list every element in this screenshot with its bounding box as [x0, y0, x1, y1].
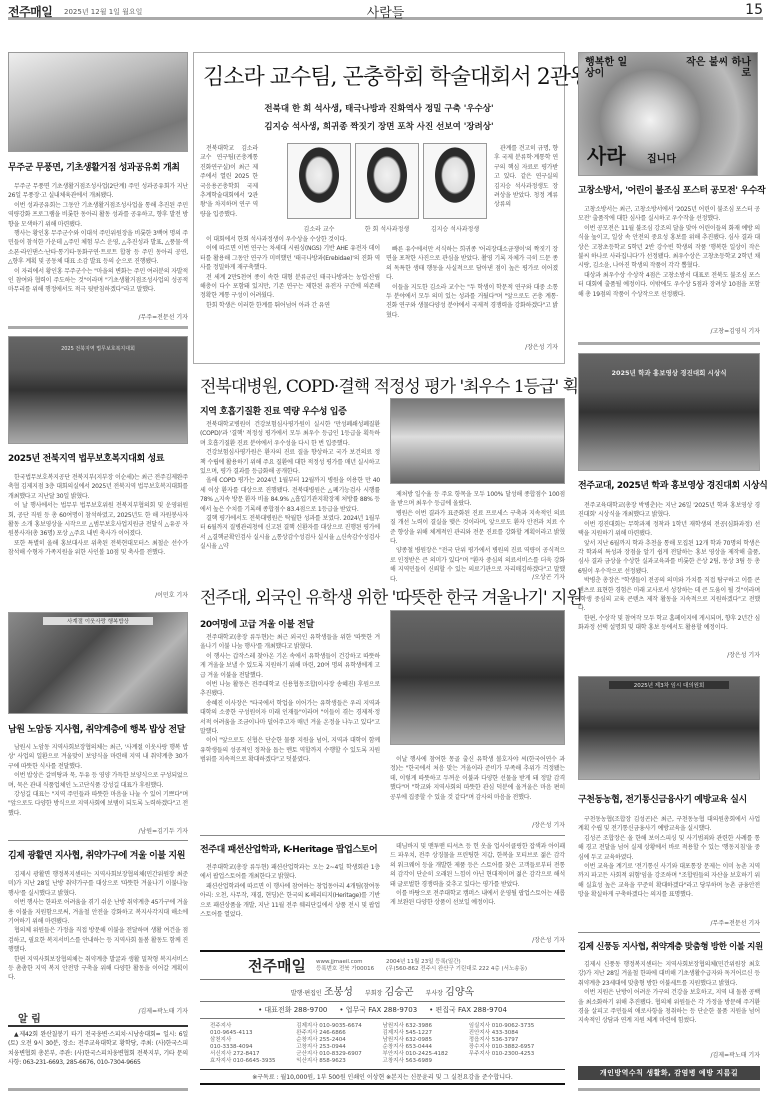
headline-mupung: 무주군 무풍면, 기초생활거점 성과공유회 개최 [8, 160, 180, 173]
article-body-winter-col2: 이날 행사에 참여한 몽골 출신 유학생 볼호자야 씨(한국어연수 과정)는 "… [390, 755, 565, 802]
page-number: 15 [745, 2, 763, 18]
portrait-caption: 한 회 석사과정생 [355, 224, 419, 233]
headline-law-welfare: 2025년 전북지역 법무보호복지대회 성료 [8, 451, 164, 464]
photo-law-welfare-convention: 2025 전북지역 법무보호복지대회 [8, 336, 188, 444]
headline-insect-award: 김소라 교수팀, 곤충학회 학술대회서 2관왕 [203, 60, 590, 91]
headline-winter: 전주대, 외국인 유학생 위한 '따뜻한 한국 겨울나기' 지원 [200, 583, 582, 608]
byline: /무주=전문선 기자 [578, 918, 760, 927]
imprint-phones: • 대표전화 288-9700 • 업무국 FAX 288-9703 • 편집국… [200, 1002, 565, 1019]
article-body-fashion-col1: 전주대학교(총장 류두현) 패션산업학과는 오는 2~4일 학생회관 1층에서 … [200, 863, 380, 919]
article-body-sinpung: 김제시 신풍동 행정복지센터는 지역사회보장협의체(민간위원장 최호강)가 지난… [578, 960, 760, 1026]
headline-fashion: 전주대 패션산업학과, K-Heritage 팝업스토어 [200, 842, 377, 855]
headline-hospital: 전북대병원, COPD·결핵 적정성 평가 '최우수 1등급' 획득 [200, 372, 593, 397]
headline-namwon: 남원 노암동 지사협, 취약계층에 행복 밥상 전달 [8, 722, 185, 735]
byline: /장은성 기자 [578, 650, 760, 659]
photo-hospital-building [390, 398, 565, 484]
article-body-gochang-fire: 고창소방서는 최근, 고창소방서에서 '2025년 어린이 불조심 포스터 공모… [578, 205, 760, 299]
divider [578, 1088, 760, 1091]
imprint-url[interactable]: www.jjmaeil.com [316, 959, 376, 966]
article-body-winter-col1: 전주대학교(총장 류두현)는 최근 외국인 유학생들을 위한 '따뜻한 겨울나기… [200, 633, 380, 765]
article-body-insect-col2: 빠른 유수에서만 서식하는 희귀종 '어리장대소금쟁이'의 짝짓기 장면을 포착… [386, 245, 558, 320]
article-body-gucheondong: 구천동농협(조합장 김성곤)은 최근, 구천동농협 대의원총회에서 사업계획 수… [578, 815, 760, 900]
byline: /오상곤 기자 [390, 572, 565, 581]
headline-sinpung: 김제 신풍동 지사협, 취약계층 맞춤형 방한 이불 지원 [578, 940, 763, 952]
byline: /무주=전문선 기자 [8, 312, 188, 321]
article-body-hospital-col2: 제처방 일수율 등 주요 항목을 모두 100% 달성해 종합점수 100점을 … [390, 490, 565, 584]
divider [578, 342, 760, 345]
subhead-hospital: 지역 호흡기질환 진료 역량 우수성 입증 [200, 404, 346, 417]
article-body-gwanghwal: 김제시 광활면 행정복지센터는 지역사회보장협의체(민간위원장 최준미)가 지난… [8, 870, 188, 983]
headline-gwanghwal: 김제 광활면 지사협, 취약가구에 겨울 이불 지원 [8, 848, 185, 861]
article-body-namwon: 남원시 노암동 지역사회보장협의체는 최근, '사계절 이웃사랑 행복 밥상' … [8, 743, 188, 818]
byline: /남원=김기두 기자 [8, 826, 188, 835]
subhead-1: 전북대 한 회 석사생, 태극나방과 진화역사 정밀 구축 '우수상' [193, 102, 565, 114]
photo-jeonju-edu-award: 2025년 학과 홍보영상 경진대회 시상식 [578, 353, 760, 471]
article-body-insect-right: 관계를 견고히 규명, 향후 국제 분류학·계통학 연구의 핵심 자료로 평가받… [494, 144, 558, 210]
imprint-address: (우)560-862 전주시 완산구 기린대로 222 4층 (서노송동) [386, 966, 527, 973]
subhead-winter: 20여명에 고급 겨울 이불 전달 [200, 617, 314, 630]
subhead-2: 김지승 석사생, 희귀종 짝짓기 장면 포착 사진 선보여 '장려상' [193, 120, 565, 132]
photo-gucheondong-meeting: 2025년 제3차 임시 대의원회 [578, 676, 760, 780]
byline: /이민호 기자 [8, 590, 188, 599]
article-body-fashion-col2: 데님바지 및 맨투맨 티셔츠 등 헌 옷을 업사이클링한 잡색과 아이패드 파우… [390, 842, 565, 908]
divider [578, 932, 760, 933]
photo-mupung-exhibition [8, 52, 188, 152]
byline: /장은성 기자 [386, 342, 558, 351]
photo-fire-safety-poster: 행복한 일상이 작은 불씨 하나로 사라 집니다 [578, 52, 758, 176]
notice-body: ▲제42회 완산칠봉기 타기 전국웅변·스피치·시낭송대회= 일시: 6일(토)… [8, 1030, 188, 1068]
byline: /김제=곽노태 기자 [578, 1050, 760, 1059]
divider [8, 326, 188, 329]
article-body-mupung: 무주군 무풍면 기초생활거점조성사업(2단계) 주민 성과공유회가 지난 26일… [8, 182, 188, 295]
article-body-insect-col1: 이 대회에서 한회 석사과정생이 우수상을 수상한 것이다. 이에 따르면 이번… [200, 235, 380, 310]
byline: /장은성 기자 [390, 935, 565, 944]
page-masthead: 전주매일 2025년 12월 1일 월요일 사람들 15 [8, 2, 763, 20]
public-service-banner: 개인방역수칙 생활화, 감염병 예방 지름길 [578, 1066, 760, 1080]
imprint-branch-list: 전주지사김제지사 010-9035-6674남원지사 632-3986임실지사 … [200, 1019, 565, 1069]
article-body-insect-left: 전북대학교 김소라 교수 연구팀(곤충계통진화연구실)이 최근 제주에서 열린 … [200, 144, 258, 219]
portrait-kim-sora [287, 143, 351, 219]
divider [8, 1088, 188, 1091]
notice-rule [8, 1025, 188, 1027]
byline: /장은성 기자 [390, 820, 565, 829]
portrait-han-hoe [355, 143, 419, 219]
photo-namwon-meal: 사계절 이웃사랑 행복밥상 [8, 612, 188, 714]
imprint-footer: ※구독료 : 월10,000원, 1부 500원 인쇄인 이상현 ※본지는 신문… [200, 1069, 565, 1085]
portrait-kim-jiseung [423, 143, 487, 219]
article-body-hospital-col1: 전북대학교병원이 건강보험심사평가원이 실시한 '만성폐쇄성폐질환(COPD)'… [200, 420, 380, 552]
notice-title: 알 림 [18, 1010, 41, 1025]
headline-gochang-fire: 고창소방서, '어린이 불조심 포스터 공모전' 우수작 [578, 183, 765, 196]
section-title: 사람들 [8, 2, 763, 21]
newspaper-imprint: 전주매일 www.jjmaeil.com 등록번호 전북 가00016 2004… [200, 950, 565, 1085]
imprint-logo: 전주매일 [248, 955, 306, 976]
article-body-jeonju-edu: 전주교육대학교(총장 박병춘)는 지난 26일 '2025년 학과 홍보영상 경… [578, 501, 760, 633]
divider [200, 835, 565, 836]
headline-jeonju-edu: 전주교대, 2025년 학과 홍보영상 경진대회 시상식 [578, 478, 767, 491]
portrait-caption: 김지승 석사과정생 [423, 224, 487, 233]
byline: /고창=김영식 기자 [578, 326, 760, 335]
portrait-caption: 김소라 교수 [287, 224, 351, 233]
headline-gucheondong: 구천동농협, 전기통신금융사기 예방교육 실시 [578, 792, 747, 805]
imprint-staff: 발행·편집인 조봉성 부회장 김승곤 부사장 김양옥 [200, 980, 565, 1002]
divider [8, 840, 188, 841]
article-body-law-welfare: 한국법무보호복지공단 전북지부(지부장 이순세)는 최근 전주김제완주축협 김제… [8, 473, 188, 558]
photo-winter-blanket-event [390, 610, 565, 745]
